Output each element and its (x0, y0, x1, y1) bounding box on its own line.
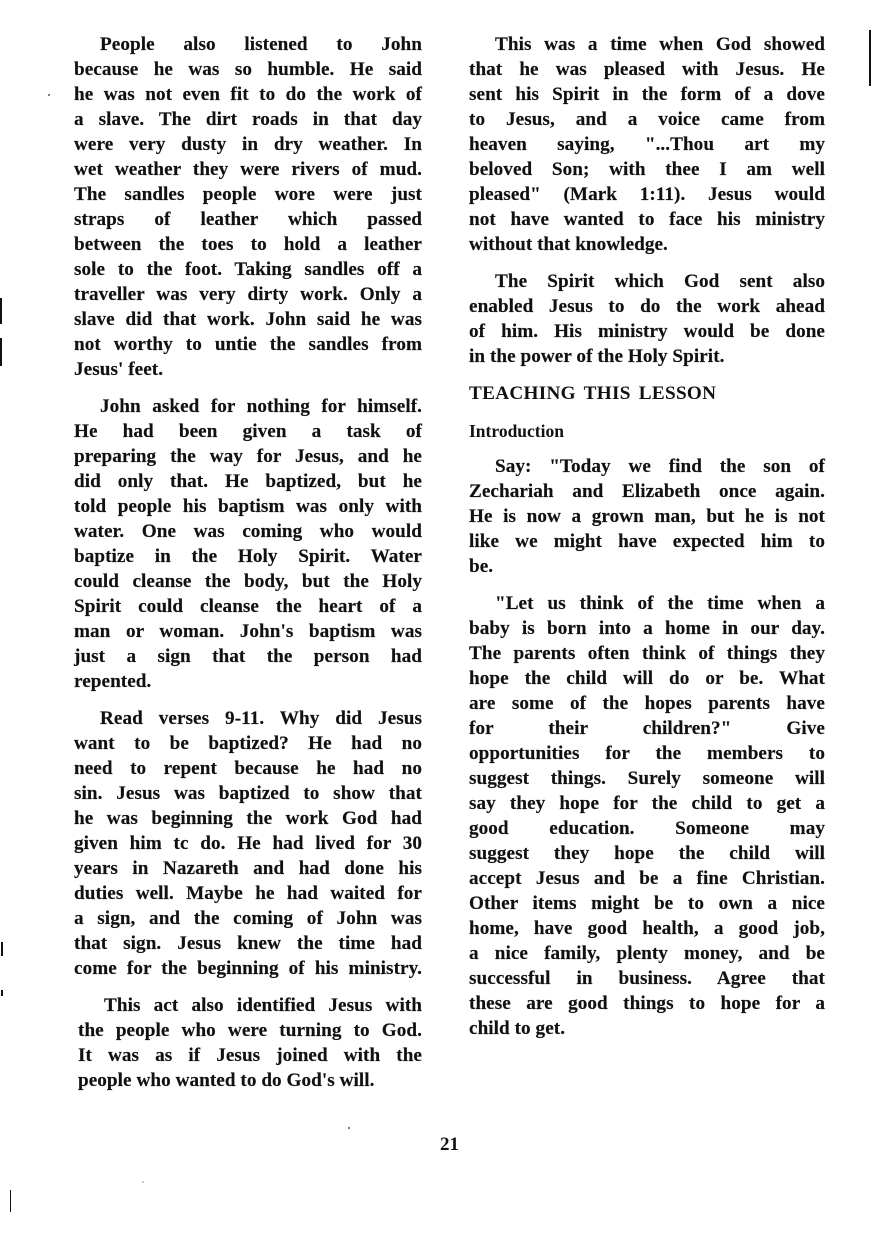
text-line: a slave. The dirt roads in that day (74, 107, 422, 132)
text-line: This act also identified Jesus with (78, 993, 422, 1018)
scan-speck (348, 1127, 350, 1129)
text-line: beloved Son; with thee I am well (469, 157, 825, 182)
paragraph-spirit-enabled: The Spirit which God sent also enabled J… (469, 269, 825, 369)
text-line: baby is born into a home in our day. (469, 616, 825, 641)
text-line: just a sign that the person had (74, 644, 422, 669)
page-number: 21 (440, 1134, 459, 1156)
text-line: child to get. (469, 1016, 825, 1041)
text-line: to Jesus, and a voice came from (469, 107, 825, 132)
paragraph-john-humble: People also listened to John because he … (74, 32, 422, 382)
text-line: want to be baptized? He had no (74, 731, 422, 756)
text-line: The parents often think of things they (469, 641, 825, 666)
scan-speck (48, 94, 50, 96)
text-line: sin. Jesus was baptized to show that (74, 781, 422, 806)
text-line: Zechariah and Elizabeth once again. (469, 479, 825, 504)
left-column: People also listened to John because he … (74, 32, 422, 1105)
paragraph-john-task: John asked for nothing for himself. He h… (74, 394, 422, 694)
text-line: He is now a grown man, but he is not (469, 504, 825, 529)
text-line: between the toes to hold a leather (74, 232, 422, 257)
text-line: duties well. Maybe he had waited for (74, 881, 422, 906)
text-line: need to repent because he had no (74, 756, 422, 781)
text-line: repented. (74, 669, 422, 694)
text-line: that he was pleased with Jesus. He (469, 57, 825, 82)
text-line: like we might have expected him to (469, 529, 825, 554)
text-line: were very dusty in dry weather. In (74, 132, 422, 157)
text-line: Other items might be to own a nice (469, 891, 825, 916)
text-line: given him tc do. He had lived for 30 (74, 831, 422, 856)
text-line: for their children?" Give (469, 716, 825, 741)
text-line: without that knowledge. (469, 232, 825, 257)
text-line: traveller was very dirty work. Only a (74, 282, 422, 307)
text-line: Jesus' feet. (74, 357, 422, 382)
text-line: did only that. He baptized, but he (74, 469, 422, 494)
text-line: slave did that work. John said he was (74, 307, 422, 332)
text-line: home, have good health, a good job, (469, 916, 825, 941)
paragraph-hopes-for-child: "Let us think of the time when a baby is… (469, 591, 825, 1041)
text-line: pleased" (Mark 1:11). Jesus would (469, 182, 825, 207)
text-line: told people his baptism was only with (74, 494, 422, 519)
text-line: heaven saying, "...Thou art my (469, 132, 825, 157)
text-line: The sandles people wore were just (74, 182, 422, 207)
text-line: be. (469, 554, 825, 579)
paragraph-identified-jesus: This act also identified Jesus with the … (78, 993, 422, 1093)
text-line: suggest they hope the child will (469, 841, 825, 866)
text-line: Say: "Today we find the son of (469, 454, 825, 479)
text-line: wet weather they were rivers of mud. (74, 157, 422, 182)
text-line: because he was so humble. He said (74, 57, 422, 82)
text-line: accept Jesus and be a fine Christian. (469, 866, 825, 891)
text-line: people who wanted to do God's will. (78, 1068, 422, 1093)
paragraph-say-today: Say: "Today we find the son of Zechariah… (469, 454, 825, 579)
text-line: good education. Someone may (469, 816, 825, 841)
section-heading: TEACHING THIS LESSON (469, 381, 825, 406)
text-line: John asked for nothing for himself. (74, 394, 422, 419)
text-line: come for the beginning of his ministry. (74, 956, 422, 981)
text-line: hope the child will do or be. What (469, 666, 825, 691)
text-line: the people who were turning to God. (78, 1018, 422, 1043)
paragraph-verses-9-11: Read verses 9-11. Why did Jesus want to … (74, 706, 422, 981)
text-line: Spirit could cleanse the heart of a (74, 594, 422, 619)
text-line: sent his Spirit in the form of a dove (469, 82, 825, 107)
text-line: The Spirit which God sent also (469, 269, 825, 294)
scan-margin-mark (1, 942, 3, 956)
text-line: not worthy to untie the sandles from (74, 332, 422, 357)
text-line: he was not even fit to do the work of (74, 82, 422, 107)
text-line: of him. His ministry would be done (469, 319, 825, 344)
text-line: sole to the foot. Taking sandles off a (74, 257, 422, 282)
text-line: man or woman. John's baptism was (74, 619, 422, 644)
text-line: opportunities for the members to (469, 741, 825, 766)
text-line: not have wanted to face his ministry (469, 207, 825, 232)
text-line: baptize in the Holy Spirit. Water (74, 544, 422, 569)
text-line: could cleanse the body, but the Holy (74, 569, 422, 594)
text-line: in the power of the Holy Spirit. (469, 344, 825, 369)
text-line: "Let us think of the time when a (469, 591, 825, 616)
text-line: water. One was coming who would (74, 519, 422, 544)
text-line: a sign, and the coming of John was (74, 906, 422, 931)
text-line: suggest things. Surely someone will (469, 766, 825, 791)
paragraph-god-pleased: This was a time when God showed that he … (469, 32, 825, 257)
scan-margin-mark (1, 990, 3, 996)
text-line: these are good things to hope for a (469, 991, 825, 1016)
document-page: People also listened to John because he … (0, 0, 872, 1239)
text-line: straps of leather which passed (74, 207, 422, 232)
text-line: successful in business. Agree that (469, 966, 825, 991)
text-line: enabled Jesus to do the work ahead (469, 294, 825, 319)
text-line: He had been given a task of (74, 419, 422, 444)
scan-margin-mark (10, 1190, 11, 1212)
text-line: are some of the hopes parents have (469, 691, 825, 716)
text-line: say they hope for the child to get a (469, 791, 825, 816)
scan-margin-mark (0, 338, 2, 366)
text-line: he was beginning the work God had (74, 806, 422, 831)
text-line: People also listened to John (74, 32, 422, 57)
text-line: years in Nazareth and had done his (74, 856, 422, 881)
text-line: that sign. Jesus knew the time had (74, 931, 422, 956)
text-line: It was as if Jesus joined with the (78, 1043, 422, 1068)
scan-speck (142, 1181, 144, 1183)
subsection-heading: Introduction (469, 419, 825, 444)
text-line: a nice family, plenty money, and be (469, 941, 825, 966)
scan-margin-mark (869, 30, 871, 86)
text-line: preparing the way for Jesus, and he (74, 444, 422, 469)
text-line: This was a time when God showed (469, 32, 825, 57)
right-column: This was a time when God showed that he … (469, 32, 825, 1053)
scan-margin-mark (0, 298, 2, 324)
text-line: Read verses 9-11. Why did Jesus (74, 706, 422, 731)
